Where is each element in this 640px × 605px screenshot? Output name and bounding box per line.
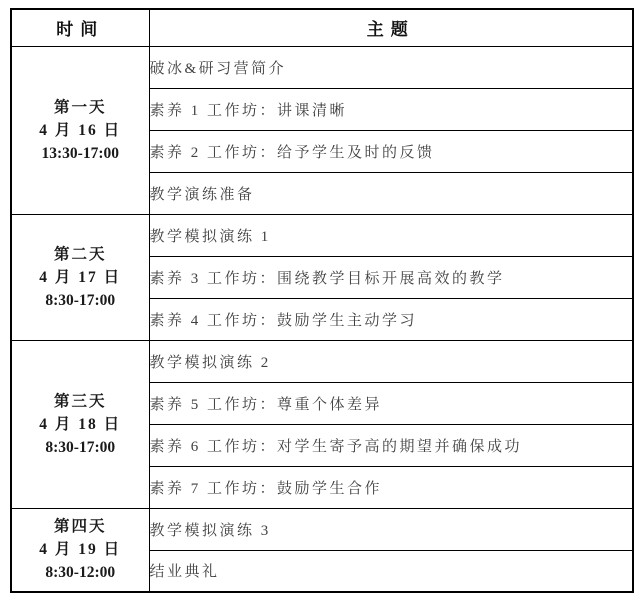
topic-cell: 教学模拟演练 2 — [149, 340, 633, 382]
day-date: 4 月 19 日 — [12, 538, 149, 561]
day-label: 第一天 — [12, 96, 149, 119]
day-label: 第四天 — [12, 515, 149, 538]
day-label: 第二天 — [12, 243, 149, 266]
topic-cell: 素养 7 工作坊：鼓励学生合作 — [149, 466, 633, 508]
day-hours: 8:30-17:00 — [12, 436, 149, 459]
topic-cell: 素养 4 工作坊：鼓励学生主动学习 — [149, 298, 633, 340]
day-date: 4 月 17 日 — [12, 266, 149, 289]
topic-cell: 素养 1 工作坊：讲课清晰 — [149, 88, 633, 130]
schedule-table: 时间 主题 第一天 4 月 16 日 13:30-17:00 破冰&研习营简介 … — [10, 8, 634, 593]
table-row: 第三天 4 月 18 日 8:30-17:00 教学模拟演练 2 — [11, 340, 633, 382]
topic-cell: 素养 6 工作坊：对学生寄予高的期望并确保成功 — [149, 424, 633, 466]
day-label: 第三天 — [12, 390, 149, 413]
time-cell-day-2: 第二天 4 月 17 日 8:30-17:00 — [11, 214, 149, 340]
topic-cell: 教学演练准备 — [149, 172, 633, 214]
day-hours: 8:30-17:00 — [12, 289, 149, 312]
table-row: 第四天 4 月 19 日 8:30-12:00 教学模拟演练 3 — [11, 508, 633, 550]
header-time: 时间 — [11, 9, 149, 46]
day-hours: 13:30-17:00 — [12, 142, 149, 165]
time-cell-day-3: 第三天 4 月 18 日 8:30-17:00 — [11, 340, 149, 508]
topic-cell: 素养 2 工作坊：给予学生及时的反馈 — [149, 130, 633, 172]
header-topic: 主题 — [149, 9, 633, 46]
day-date: 4 月 16 日 — [12, 119, 149, 142]
topic-cell: 结业典礼 — [149, 550, 633, 592]
time-cell-day-1: 第一天 4 月 16 日 13:30-17:00 — [11, 46, 149, 214]
topic-cell: 破冰&研习营简介 — [149, 46, 633, 88]
topic-cell: 素养 5 工作坊：尊重个体差异 — [149, 382, 633, 424]
day-hours: 8:30-12:00 — [12, 561, 149, 584]
table-row: 第一天 4 月 16 日 13:30-17:00 破冰&研习营简介 — [11, 46, 633, 88]
header-row: 时间 主题 — [11, 9, 633, 46]
topic-cell: 教学模拟演练 3 — [149, 508, 633, 550]
table-row: 第二天 4 月 17 日 8:30-17:00 教学模拟演练 1 — [11, 214, 633, 256]
time-cell-day-4: 第四天 4 月 19 日 8:30-12:00 — [11, 508, 149, 592]
topic-cell: 教学模拟演练 1 — [149, 214, 633, 256]
day-date: 4 月 18 日 — [12, 413, 149, 436]
topic-cell: 素养 3 工作坊：围绕教学目标开展高效的教学 — [149, 256, 633, 298]
